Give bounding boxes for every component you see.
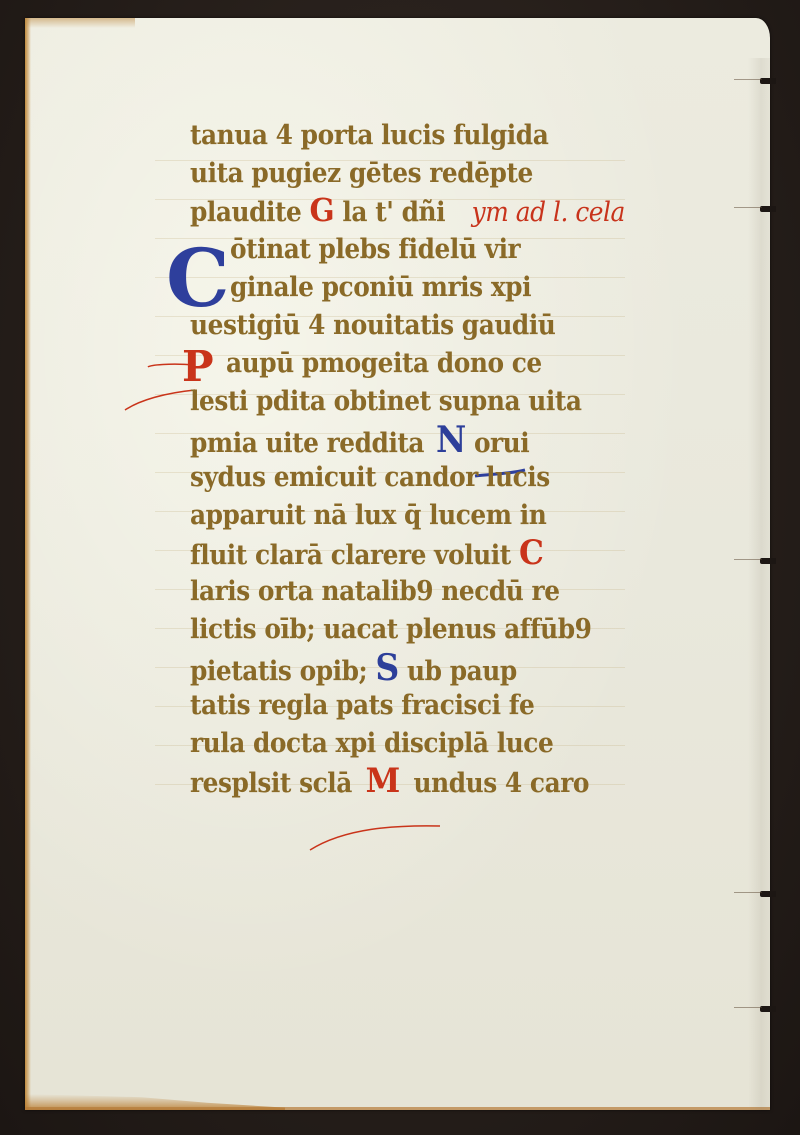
text-line: ginale pconiū mris xpi <box>230 270 531 306</box>
edge-notch <box>760 891 776 897</box>
text-line: pietatis opib; S ub paup <box>190 650 517 686</box>
text-line: uestigiū 4 nouitatis gaudiū <box>190 308 555 344</box>
line-text: sydus emicuit candor lucis <box>190 462 550 493</box>
line-text: la t' dñi <box>342 197 445 228</box>
text-line: lesti pdita obtinet supna uita <box>190 384 581 420</box>
left-edge-stain <box>25 18 31 1110</box>
large-blue-initial: C <box>166 238 230 318</box>
text-line: lictis oīb; uacat plenus affūb9 <box>190 612 592 648</box>
red-initial-c: C <box>519 533 543 573</box>
line-text: uita pugiez gētes redēpte <box>190 158 533 189</box>
bottom-edge-line <box>25 1107 770 1110</box>
red-initial-g: G <box>310 191 335 229</box>
line-text: ōtinat plebs fidelū vir <box>230 234 520 265</box>
line-text: pmia uite reddita <box>190 428 424 459</box>
text-line: ōtinat plebs fidelū vir <box>230 232 520 268</box>
blue-initial-n: N <box>436 419 466 461</box>
text-line: pmia uite reddita N orui <box>190 422 529 458</box>
line-text: aupū pmogeita dono ce <box>226 348 542 379</box>
text-line: apparuit nā lux q̄ lucem in <box>190 498 546 534</box>
red-initial-p: P <box>182 346 214 388</box>
text-line: fluit clarā clarere voluit C <box>190 536 543 572</box>
edge-notch <box>760 558 776 564</box>
blue-initial-s: S <box>375 647 398 689</box>
line-text: uestigiū 4 nouitatis gaudiū <box>190 310 555 341</box>
text-line: laris orta natalib9 necdū re <box>190 574 560 610</box>
line-text: apparuit nā lux q̄ lucem in <box>190 500 546 531</box>
text-line: tatis regla pats fracisci fe <box>190 688 534 724</box>
text-line: sydus emicuit candor lucis <box>190 460 550 496</box>
edge-notch <box>760 1006 776 1012</box>
text-line: tanua 4 porta lucis fulgida <box>190 118 548 154</box>
line-text: plaudite <box>190 197 301 228</box>
text-line: rula docta xpi disciplā luce <box>190 726 553 762</box>
edge-notch <box>760 206 776 212</box>
line-text: pietatis opib; <box>190 656 367 687</box>
line-text: orui <box>474 428 529 459</box>
line-text: tanua 4 porta lucis fulgida <box>190 120 548 151</box>
line-text: ub paup <box>407 656 517 687</box>
line-text: lictis oīb; uacat plenus affūb9 <box>190 614 592 645</box>
line-text: resplsit sclā <box>190 768 352 799</box>
edge-notch <box>760 78 776 84</box>
rubric-text: ym ad l. cela <box>472 197 625 228</box>
line-text: laris orta natalib9 necdū re <box>190 576 560 607</box>
red-initial-m: M <box>366 761 400 801</box>
text-line: plaudite G la t' dñi ym ad l. cela <box>190 194 625 230</box>
line-text: lesti pdita obtinet supna uita <box>190 386 581 417</box>
line-text: undus 4 caro <box>413 768 588 799</box>
line-text: rula docta xpi disciplā luce <box>190 728 553 759</box>
text-line: uita pugiez gētes redēpte <box>190 156 533 192</box>
text-line: resplsit sclā M undus 4 caro <box>190 764 589 800</box>
line-text: tatis regla pats fracisci fe <box>190 690 534 721</box>
text-line: aupū pmogeita dono ce <box>226 346 542 382</box>
line-text: fluit clarā clarere voluit <box>190 540 511 571</box>
line-text: ginale pconiū mris xpi <box>230 272 531 303</box>
top-edge-stain <box>25 18 135 28</box>
right-fold-shadow <box>748 58 770 1110</box>
